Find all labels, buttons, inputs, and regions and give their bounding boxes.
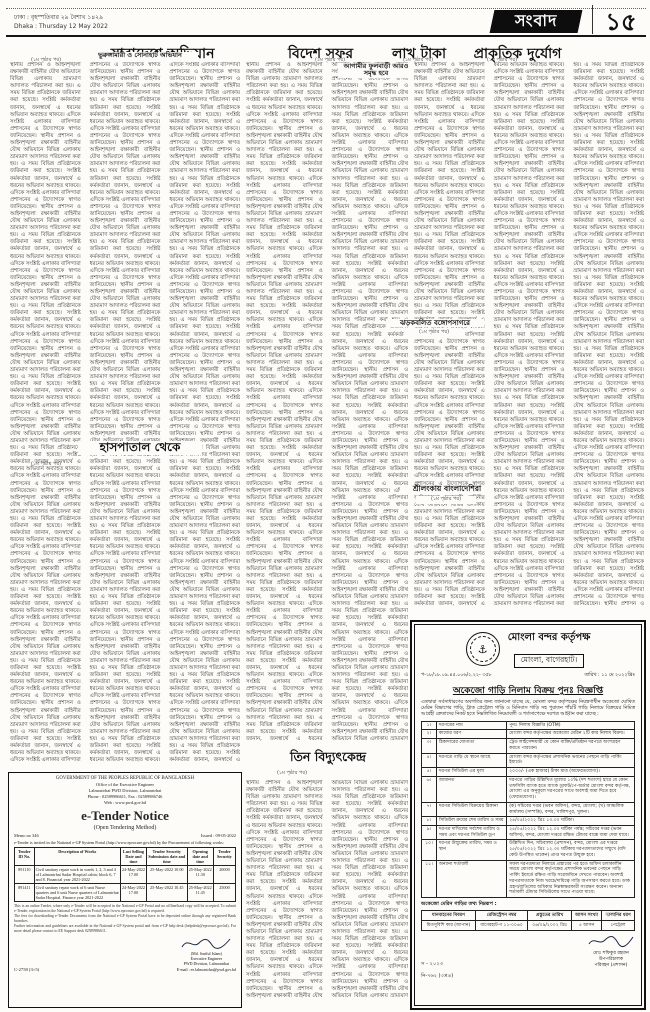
table-cell: 25-May-2022 11.45 [187, 884, 213, 902]
table-header-cell: জ্বালানির ধরণ [602, 911, 635, 921]
port-seal: ⚓ [466, 632, 500, 666]
table-cell: বাগেরহাট-গ ১১-০০৬০ [475, 921, 527, 931]
table-cell: 891110 [15, 866, 35, 884]
ref-number: প-১৮/১৮.০৯.৪৫.০০৬/২.২২- ৩৫৮ [421, 672, 492, 680]
table-header-cell: Description of Works [34, 848, 120, 866]
notice-date: তারিখ : ১১ মে ২০২২খ্রিঃ [584, 672, 635, 680]
table-row: ৭।দরপত্র সিডিউল বিক্রয়ের ঠিকানা(ক) সচিব… [422, 802, 635, 816]
continued-note: (১ম পৃষ্ঠার পর) [404, 329, 464, 337]
body-text-columns-bottom-middle: স্থানীয় প্রশাসন ও আইনশৃঙ্খলা রক্ষাকারী … [246, 780, 408, 1006]
table-cell: 24-May-2022 17.00 [120, 866, 146, 884]
table-row: ৩।ঠিকাদারের যোগ্যতাট্রেড লাইসেন্সধারী যে… [422, 739, 635, 753]
table-cell: দরপত্র সিডিউল বিক্রয়ের ঠিকানা [436, 802, 506, 816]
masthead-title: সংবাদ [515, 8, 557, 35]
table-cell: ১০। [422, 840, 437, 860]
table-cell: ঠিকাদারের যোগ্যতা [436, 739, 506, 753]
table-cell: সিডিউল ক্রয়ের শেষ তারিখ ও সময় [436, 817, 506, 826]
table-header-cell: Tender ID No. [15, 848, 35, 866]
auction-notice-paragraph: এতদ্বারা সর্বসাধারণের অবগতির জন্য জানানো… [421, 700, 635, 719]
dateline: ঢাকা : বৃহস্পতিবার ২৯ বৈশাখ ১৪২৯ Dhaka :… [14, 13, 108, 32]
note-line: The fees for downloading e-Tender Docume… [14, 914, 236, 924]
etender-notice-box: GOVERNMENT OF THE PEOPLES REPUBLIC OF BA… [8, 772, 242, 1008]
body-text-columns-left: স্থানীয় প্রশাসন ও আইনশৃঙ্খলা রক্ষাকারী … [10, 62, 240, 768]
table-cell: ০৬/০৯/২০০২ খ্রিঃ [528, 921, 572, 931]
etender-bottom: C-2758 (3×5) (Md. Sariful Islam) Executi… [14, 936, 236, 972]
etender-table: Tender ID No.Description of WorksLast Se… [14, 847, 236, 902]
table-cell: দরপত্রে গাড়ি যে স্থানে আছে [436, 753, 506, 767]
table-row: ১।দরপত্রের নামপুনঃ নিলাম বিজ্ঞপ্তি (OTM) [422, 721, 635, 730]
table-header-row: Tender ID No.Description of WorksLast Se… [15, 848, 236, 866]
etender-signature-block: (Md. Sariful Islam) Executive Engineer P… [177, 936, 236, 972]
press-code: C-2758 (3×5) [14, 967, 39, 972]
signature-icon [587, 934, 635, 948]
etender-title: e-Tender Notice [14, 808, 236, 824]
table-cell: 20000 [213, 866, 235, 884]
table-row: ১১।অন্যান্য শর্তাবলীসফল দরপত্রদাতা নিলাম… [422, 860, 635, 897]
press-code: নি-৭৬২ (৩×৪) [421, 973, 635, 981]
table-cell: (ক) সচিবের দপ্তর (ভবন অফিস), বন্দর, মোংল… [507, 802, 635, 816]
newspaper-page: ঢাকা : বৃহস্পতিবার ২৯ বৈশাখ ১৪২৯ Dhaka :… [0, 0, 650, 1012]
mongla-titles: মোংলা বন্দর কর্তৃপক্ষ মোংলা, বাগেরহাট। [508, 630, 591, 668]
table-cell: মিতসুবিশি কার (জাপান) [422, 921, 476, 931]
table-cell: দরপত্রে গাড়ির উল্লিখিত মূল্যের ১০% (দশ … [507, 776, 635, 802]
table-cell: 25-May-2022 10.45 [146, 884, 187, 902]
invite-line: e-Tender is invited in the National e-GP… [14, 840, 236, 845]
table-cell: দরপত্র সিডিউল এর মূল্য [436, 768, 506, 777]
authority-name: মোংলা বন্দর কর্তৃপক্ষ [508, 630, 591, 647]
dateline-en: Dhaka : Thursday 12 May 2022 [14, 22, 108, 31]
memo-code: স - ২০২৩ [421, 961, 443, 969]
page-number: ১৫ [596, 4, 646, 44]
table-cell: 891411 [15, 884, 35, 902]
table-cell: ৫। [422, 768, 437, 777]
continued-note: (১ম পৃষ্ঠার পর) [416, 496, 476, 504]
etender-method: (Open Tendering Method) [14, 825, 236, 831]
table-cell: ৬। [422, 776, 437, 802]
table-header-cell: আসন সংখ্যা [572, 911, 602, 921]
table-cell: Civil sanitary repair work in wards 1, 2… [34, 866, 120, 884]
table-cell: 24-May-2022 17.00 [120, 884, 146, 902]
table-cell: অন্যান্য শর্তাবলী [436, 860, 506, 897]
table-cell: দরপত্র দাখিলের সর্বশেষ তারিখ ও সময় এবং … [436, 825, 506, 839]
table-cell: ১। [422, 721, 437, 730]
table-row: ৪।দরপত্রে গাড়ি যে স্থানে আছেমোংলা বন্দর… [422, 753, 635, 767]
table-row: ৫।দরপত্র সিডিউল এর মূল্য২০০০/- (এক হাজার… [422, 768, 635, 777]
table-row: মিতসুবিশি কার (জাপান)বাগেরহাট-গ ১১-০০৬০০… [422, 921, 635, 931]
memo-row: Memo no 346 Issued : 09-05-2022 [14, 833, 236, 838]
dateline-bn: ঢাকা : বৃহস্পতিবার ২৯ বৈশাখ ১৪২৯ [14, 13, 108, 22]
table-header-cell: যানবাহনের বিবরণ [422, 911, 476, 921]
table-row: ২।কাজের ধরণমোংলা বন্দর কর্তৃপক্ষের অকেজো… [422, 730, 635, 739]
subhead-fulbari: আগামীর ফুলবাড়ী আরও সমৃদ্ধ হবে [338, 63, 414, 78]
etender-notes: This is an online Tender, where only e-T… [14, 904, 236, 934]
signatory-email: E-mail : ee.lalmonirhat@pwd.gov.bd [177, 967, 236, 972]
table-cell: ২০০০/- (এক হাজার) টাকা মাত্র (অফেরতযোগ্য… [507, 768, 635, 777]
table-cell: ২৪/০৫/২০২২ খ্রিঃ ১৩.০০ ঘটিকা। [507, 817, 635, 826]
table-cell: ৯। [422, 825, 437, 839]
table-cell: সফল দরপত্রদাতা নিলামে প্রস্তাবের পর হতে … [507, 860, 635, 897]
table-cell: 25000 [213, 884, 235, 902]
table-cell: ৭। [422, 802, 437, 816]
web-line: Web : www.pwd.gov.bd [14, 800, 236, 806]
signatory-dept: পরিবহন (প্রশাসন) [587, 963, 635, 969]
table-cell: ট্রেড লাইসেন্সধারী যে কোন ব্যক্তি/প্রতিষ… [507, 739, 635, 753]
table-header-cell: Tender Security [213, 848, 235, 866]
subhead-jhor: ঝড়কবলিত বঙ্গোপসাগরে [386, 319, 484, 327]
authority-place: মোংলা, বাগেরহাট। [514, 654, 584, 668]
body-text-columns-middle: স্থানীয় প্রশাসন ও আইনশৃঙ্খলা রক্ষাকারী … [246, 62, 408, 750]
memo-no: Memo no 346 [14, 833, 39, 838]
mongla-signature-block: মোঃ শফিকুর রহমান উপপরিচালক পরিবহন (প্রশা… [587, 934, 635, 969]
table-cell: ২। [422, 730, 437, 739]
table-cell: কাজের ধরণ [436, 730, 506, 739]
table-cell: মোংলা বন্দর কর্তৃপক্ষের অকেজো মেরিন ২টি … [507, 730, 635, 739]
body-text-columns-right: স্থানীয় প্রশাসন ও আইনশৃঙ্খলা রক্ষাকারী … [414, 62, 644, 614]
table-cell: Civil sanitary repair work of 6 unit Nur… [34, 884, 120, 902]
subhead-hospital: হাসপাতাল থেকে [78, 441, 202, 455]
table-row: 891411Civil sanitary repair work of 6 un… [15, 884, 236, 902]
ref-row: প-১৮/১৮.০৯.৪৫.০০৬/২.২২- ৩৫৮ তারিখ : ১১ ম… [421, 672, 635, 680]
table-cell: মোংলা বন্দর কর্তৃপক্ষের প্রশাসনিক ভবনের … [507, 753, 635, 767]
table-header-cell: প্রস্তুতের তারিখ [528, 911, 572, 921]
table-cell: পেট্রোল [602, 921, 635, 931]
table-header-cell: Tender Security Submission date and time [146, 848, 187, 866]
signature-icon [180, 936, 232, 950]
note-line: This is an online Tender, where only e-T… [14, 904, 236, 914]
masthead-logo: সংবাদ [490, 10, 583, 33]
table-row: ৬।জামানতদরপত্রে গাড়ির উল্লিখিত মূল্যের … [422, 776, 635, 802]
anchor-icon: ⚓ [470, 636, 496, 662]
table-cell: ২৫/০৫/২০২২ খ্রিঃ ১২.০০ ঘটিকা পর্যন্ত; সচ… [507, 825, 635, 839]
mongla-notice-box: ⚓ মোংলা বন্দর কর্তৃপক্ষ মোংলা, বাগেরহাট।… [410, 620, 646, 1010]
note-line: Further information and guidelines are a… [14, 924, 236, 934]
table-row: ৯।দরপত্র দাখিলের সর্বশেষ তারিখ ও সময় এব… [422, 825, 635, 839]
table-header-cell: Opening date and time [187, 848, 213, 866]
table-cell: জামানত [436, 776, 506, 802]
table-header-cell: Last Selling Date and time [120, 848, 146, 866]
table-cell: দরপত্র উন্মুক্তের তারিখ, সময় ও স্থান [436, 840, 506, 860]
header-rule [6, 35, 646, 37]
table-cell: 25-May-2022 11.30 [187, 866, 213, 884]
etender-letterhead: GOVERNMENT OF THE PEOPLES REPUBLIC OF BA… [14, 776, 236, 806]
signatory-office: PWD Division, Lalmonirhat [177, 961, 236, 966]
table-row: ১০।দরপত্র উন্মুক্তের তারিখ, সময় ও স্থান… [422, 840, 635, 860]
mongla-bottom: স - ২০২৩ মোঃ শফিকুর রহমান উপপরিচালক পরিব… [421, 934, 635, 969]
table-cell: পুনঃ নিলাম বিজ্ঞপ্তি (OTM) [507, 721, 635, 730]
subhead-bhurungamari: ভুরুঙ্গামারী ও সোনাহাট অভিযান [82, 52, 198, 59]
table-row: 891110Civil sanitary repair work in ward… [15, 866, 236, 884]
table-header-row: যানবাহনের বিবরণরেজিস্ট্রেশন নম্বরপ্রস্তু… [422, 911, 635, 921]
table-cell: দরপত্রের নাম [436, 721, 506, 730]
auction-notice-title: অকেজো গাড়ি নিলাম বিক্রয় পুনঃ বিজ্ঞপ্তি [421, 683, 635, 698]
vehicle-info-table: যানবাহনের বিবরণরেজিস্ট্রেশন নম্বরপ্রস্তু… [421, 910, 635, 931]
table-cell: ৪। [422, 753, 437, 767]
page-number-divider [592, 5, 593, 34]
table-cell: 25-May-2022 10.00 [146, 866, 187, 884]
table-cell: ৮। [422, 817, 437, 826]
table-cell: ১১। [422, 860, 437, 897]
table-cell: ৫ আসন [572, 921, 602, 931]
subhead-tin-bidyut: তিন বিদ্যুৎকেন্দ্র [258, 750, 398, 764]
table-row: ৮।সিডিউল ক্রয়ের শেষ তারিখ ও সময়২৪/০৫/২… [422, 817, 635, 826]
subhead-srilanka: শ্রীলংকায় বাংলাদেশিরা [400, 485, 494, 494]
table-header-cell: রেজিস্ট্রেশন নম্বর [475, 911, 527, 921]
vehicle-info-caption: অকেজো মেরিন গাড়ির তথ্য নিম্নরূপ : [421, 901, 635, 909]
mongla-header: ⚓ মোংলা বন্দর কর্তৃপক্ষ মোংলা, বাগেরহাট। [421, 630, 635, 668]
issued-date: Issued : 09-05-2022 [201, 833, 236, 838]
auction-terms-table: ১।দরপত্রের নামপুনঃ নিলাম বিজ্ঞপ্তি (OTM)… [421, 721, 635, 898]
table-cell: ৩। [422, 739, 437, 753]
table-cell: উল্লিখিত দিন, সচিবালয় (প্রশাসন), বন্দর,… [507, 840, 635, 860]
continued-note: (১ম পৃষ্ঠার পর) [252, 770, 332, 778]
